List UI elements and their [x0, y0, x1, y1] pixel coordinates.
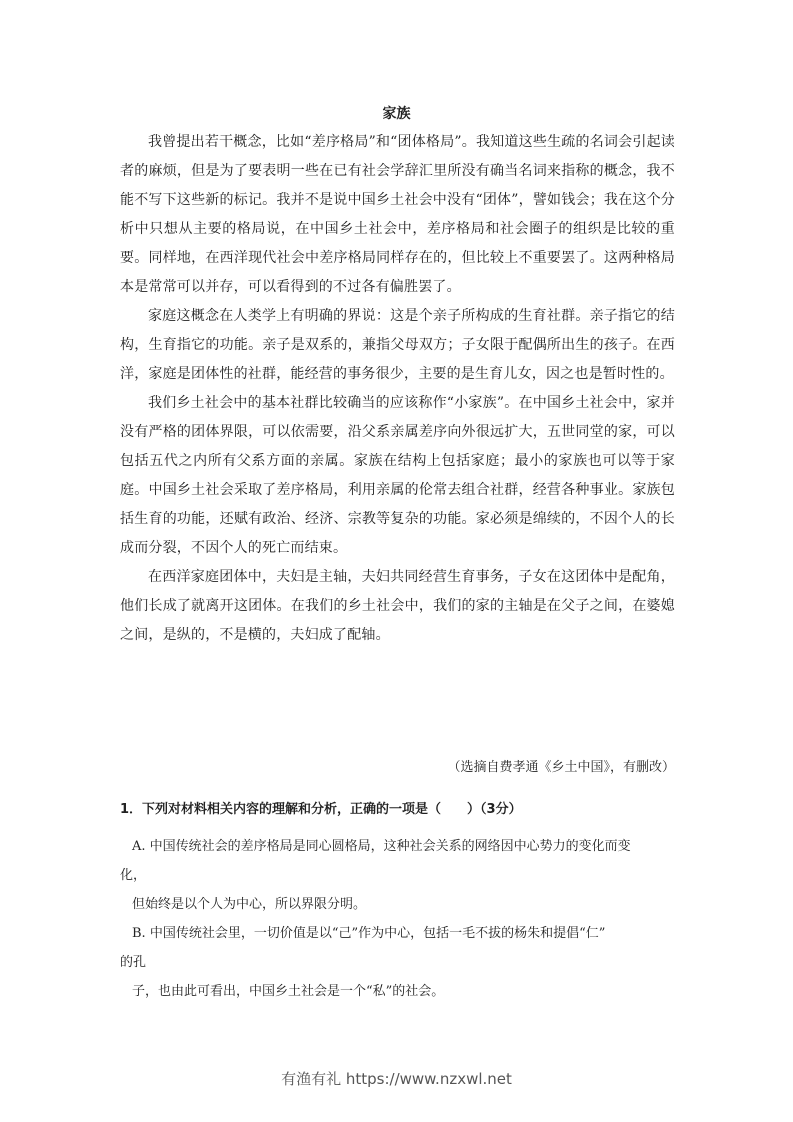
option-a-line-1: A. 中国传统社会的差序格局是同心圆格局，这种社会关系的网络因中心势力的变化而变 [120, 832, 680, 861]
option-b-line-3: 子，也由此可看出，中国乡土社会是一个“私”的社会。 [120, 977, 680, 1006]
option-b-line-1: B. 中国传统社会里，一切价值是以“己”作为中心，包括一毛不拔的杨朱和提倡“仁” [120, 919, 680, 948]
passage-paragraph-3: 我们乡土社会中的基本社群比较确当的应该称作“小家族”。在中国乡土社会中，家并没有… [120, 389, 675, 563]
passage-paragraph-2: 家庭这概念在人类学上有明确的界说：这是个亲子所构成的生育社群。亲子指它的结构，生… [120, 302, 675, 389]
question-1: 1．下列对材料相关内容的理解和分析，正确的一项是（ ）（3分） A. 中国传统社… [120, 800, 680, 1006]
passage-paragraph-4: 在西洋家庭团体中，夫妇是主轴，夫妇共同经营生育事务，子女在这团体中是配角，他们长… [120, 563, 675, 650]
passage-body: 我曾提出若干概念，比如“差序格局”和“团体格局”。我知道这些生疏的名词会引起读者… [120, 128, 675, 650]
watermark-footer: 有渔有礼 https://www.nzxwl.net [0, 1068, 793, 1089]
source-citation: （选摘自费孝通《乡土中国》，有删改） [447, 758, 675, 778]
option-b-line-2: 的孔 [120, 948, 680, 977]
question-stem: 1．下列对材料相关内容的理解和分析，正确的一项是（ ）（3分） [120, 800, 680, 820]
option-b: B. 中国传统社会里，一切价值是以“己”作为中心，包括一毛不拔的杨朱和提倡“仁”… [120, 919, 680, 1006]
option-a: A. 中国传统社会的差序格局是同心圆格局，这种社会关系的网络因中心势力的变化而变… [120, 832, 680, 919]
option-a-line-3: 但始终是以个人为中心，所以界限分明。 [120, 890, 680, 919]
document-page: 家族 我曾提出若干概念，比如“差序格局”和“团体格局”。我知道这些生疏的名词会引… [0, 0, 793, 1122]
passage-paragraph-1: 我曾提出若干概念，比如“差序格局”和“团体格局”。我知道这些生疏的名词会引起读者… [120, 128, 675, 302]
option-a-line-2: 化， [120, 861, 680, 890]
document-title: 家族 [0, 104, 793, 124]
